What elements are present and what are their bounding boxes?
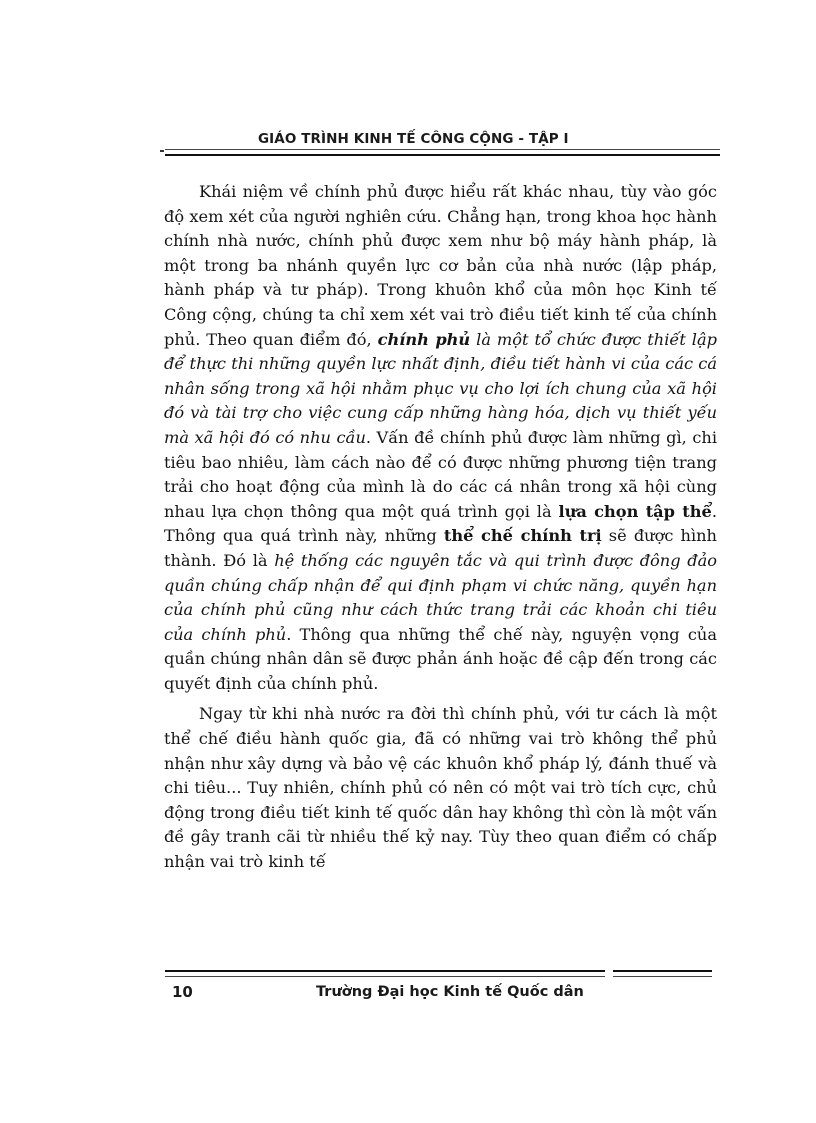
footer-publisher: Trường Đại học Kinh tế Quốc dân (316, 984, 584, 1000)
body-text: Khái niệm về chính phủ được hiểu rất khá… (164, 180, 717, 875)
term-lua-chon-tap-the: lựa chọn tập thể (558, 502, 711, 521)
header-rule-mark (160, 150, 164, 152)
running-header: GIÁO TRÌNH KINH TẾ CÔNG CỘNG - TẬP I (258, 131, 569, 147)
text-segment: Ngay từ khi nhà nước ra đời thì chính ph… (164, 704, 717, 871)
document-page: GIÁO TRÌNH KINH TẾ CÔNG CỘNG - TẬP I Khá… (0, 0, 816, 1123)
text-segment: Khái niệm về chính phủ được hiểu rất khá… (164, 182, 717, 349)
paragraph-1: Khái niệm về chính phủ được hiểu rất khá… (164, 180, 717, 696)
footer-rule-right (613, 970, 712, 977)
footer-rule-left (165, 970, 605, 977)
term-chinh-phu: chính phủ (378, 330, 471, 349)
term-the-che-chinh-tri: thể chế chính trị (444, 526, 602, 545)
header-rule (165, 149, 720, 156)
paragraph-2: Ngay từ khi nhà nước ra đời thì chính ph… (164, 702, 717, 874)
page-number: 10 (172, 983, 193, 1001)
